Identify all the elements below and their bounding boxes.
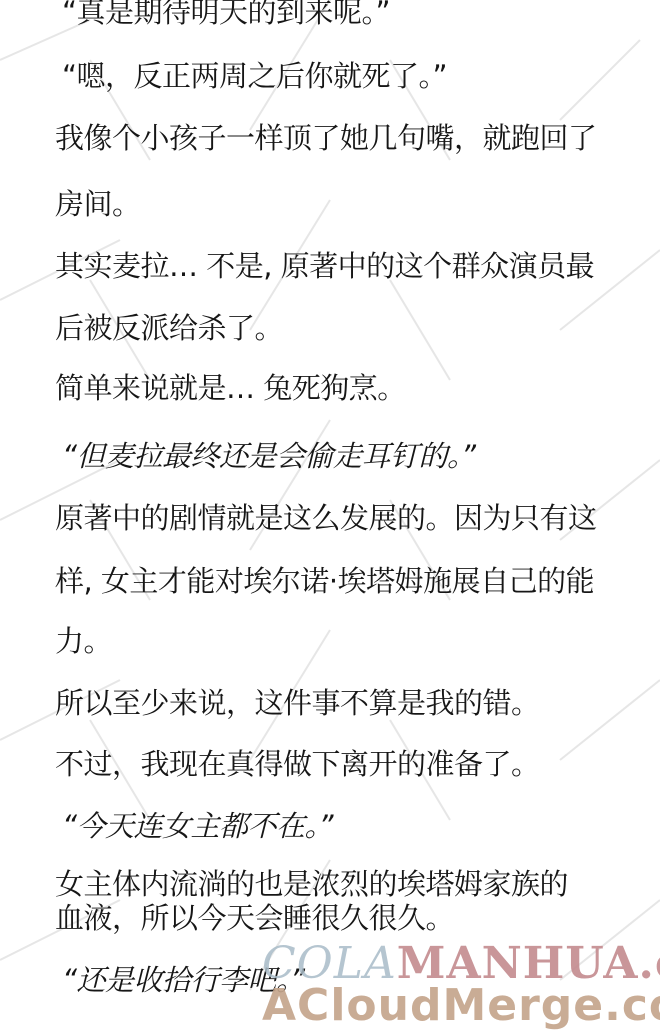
narration-line: 所以至少来说，这件事不算是我的错。 [55,685,540,721]
thought-line: “今天连女主都不在。” [62,808,333,844]
thought-line: “还是收拾行李吧。” [62,962,305,998]
narration-line: 我像个小孩子一样顶了她几句嘴，就跑回了 [55,120,597,156]
narration-line: 房间。 [55,186,141,222]
narration-line: 后被反派给杀了。 [55,310,283,346]
narration-line: 血液，所以今天会睡很久很久。 [55,900,454,936]
colamanhua-watermark: COLAMANHUA.com [262,940,660,988]
watermark-manhua-text: MANHUA.com [397,938,660,989]
narration-line: 不过，我现在真得做下离开的准备了。 [55,746,540,782]
dialogue-line: “真是期待明天的到来呢。” [62,0,390,30]
narration-line: 原著中的剧情就是这么发展的。因为只有这 [55,500,597,536]
narration-line: 其实麦拉… 不是, 原著中的这个群众演员最 [55,248,594,284]
narration-line: 简单来说就是… 兔死狗烹。 [55,370,406,406]
narration-line: 力。 [55,623,112,659]
acloudmerge-watermark: ACloudMerge.com [262,982,660,1030]
narration-line: 女主体内流淌的也是浓烈的埃塔姆家族的 [55,866,568,902]
thought-line: “但麦拉最终还是会偷走耳钉的。” [62,438,476,474]
narration-line: 样, 女主才能对埃尔诺·埃塔姆施展自己的能 [55,563,594,599]
dialogue-line: “嗯，反正两周之后你就死了。” [62,58,447,94]
